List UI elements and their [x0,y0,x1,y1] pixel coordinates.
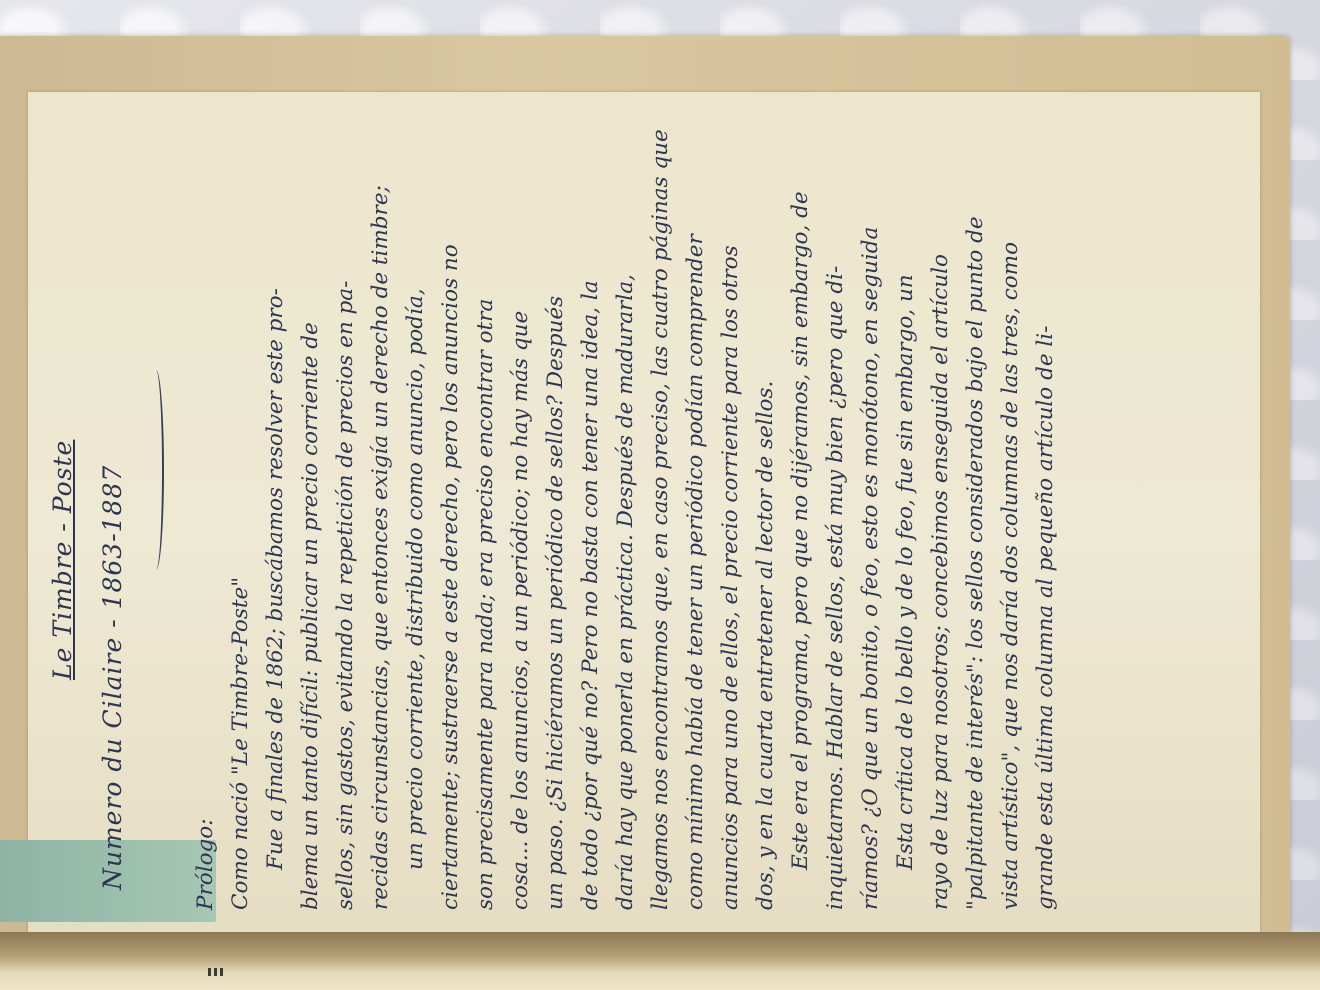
document-title: Le Timbre - Poste [48,440,77,680]
document-subtitle: Numero du Cilaire - 1863-1887 [98,465,127,890]
text-line: dos, y en la cuarta entretener al lector… [748,70,783,910]
text-line: sellos, sin gastos, evitando la repetici… [328,70,363,910]
text-line: grande esta última columna al pequeño ar… [1028,70,1063,910]
text-line: Esta crítica de lo bello y de lo feo, fu… [888,70,923,910]
text-line: recidas circunstancias, que entonces exi… [363,70,398,910]
text-line: daría hay que ponerla en práctica. Despu… [608,70,643,910]
text-line: "palpitante de interés": los sellos cons… [958,70,993,910]
text-line: cosa... de los anuncios, a un periódico;… [503,70,538,910]
text-line: ciertamente; sustraerse a este derecho, … [433,70,468,910]
decorative-underline [148,370,164,570]
text-line: Prólogo: [188,70,223,910]
text-line: anuncios para uno de ellos, el precio co… [713,70,748,910]
text-line: inquietarnos. Hablar de sellos, está muy… [818,70,853,910]
text-line: ríamos? ¿O que un bonito, o feo, esto es… [853,70,888,910]
manuscript-body: Prólogo: Como nació "Le Timbre-Poste" Fu… [188,70,1063,910]
text-line: son precisamente para nada; era preciso … [468,70,503,910]
text-line: como mínimo había de tener un periódico … [678,70,713,910]
text-line: Como nació "Le Timbre-Poste" [223,70,258,910]
text-line: Fue a finales de 1862; buscábamos resolv… [258,70,293,910]
text-line: un paso. ¿Si hiciéramos un periódico de … [538,70,573,910]
handwritten-text-block: Le Timbre - Poste Numero du Cilaire - 18… [40,80,1270,950]
text-line: blema un tanto difícil: publicar un prec… [293,70,328,910]
text-line: llegamos nos encontramos que, en caso pr… [643,70,678,910]
text-line: de todo ¿por qué no? Pero no basta con t… [573,70,608,910]
text-line: un precio corriente, distribuido como an… [398,70,433,910]
staple-mark [208,968,226,976]
text-line: rayo de luz para nosotros; concebimos en… [923,70,958,910]
text-line: Este era el programa, pero que no dijéra… [783,70,818,910]
text-line: vista artístico", que nos daría dos colu… [993,70,1028,910]
